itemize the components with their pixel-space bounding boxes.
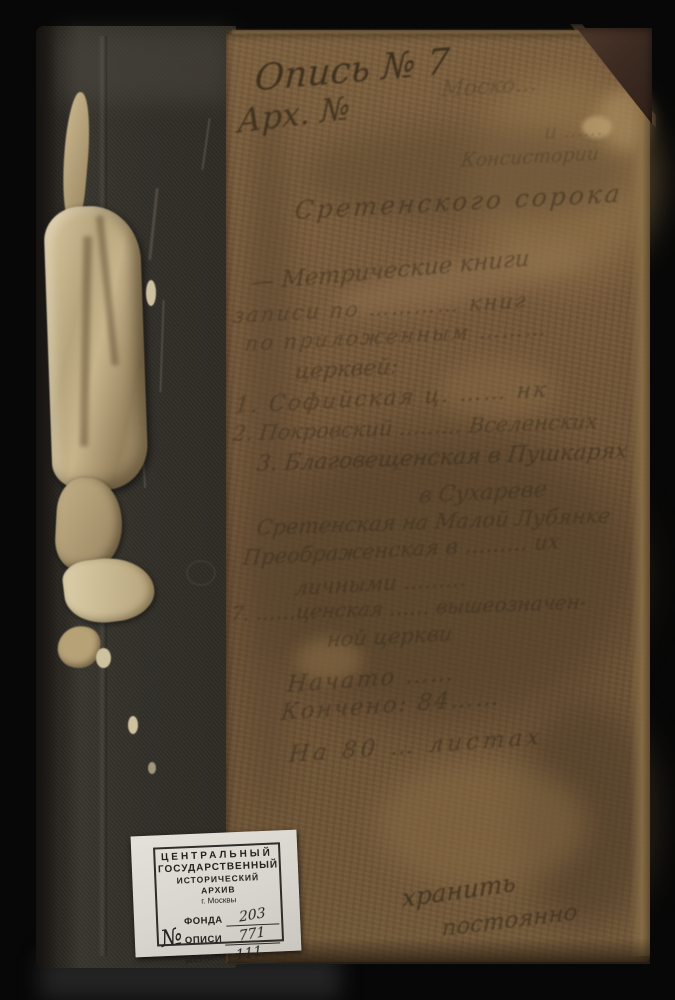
torn-paper-large — [43, 204, 149, 491]
label-fields: № ФОНДА 203 ОПИСИ 771 ДЕЛА 111 — [160, 905, 281, 967]
label-fond-value: 203 — [239, 907, 266, 924]
archive-label-frame: ЦЕНТРАЛЬНЫЙ ГОСУДАРСТВЕННЫЙ ИСТОРИЧЕСКИЙ… — [153, 842, 284, 946]
paper-fleck — [146, 280, 156, 306]
label-delo-caption: ДЕЛА — [186, 953, 215, 966]
paper-fleck — [148, 762, 156, 774]
paper-fleck — [96, 648, 111, 668]
label-opis-value: 771 — [239, 926, 266, 943]
cover-right-edge — [630, 34, 650, 956]
paper-fold-shadow — [96, 216, 119, 366]
label-number-sign: № — [159, 925, 187, 952]
spine-left-edge — [36, 26, 58, 968]
paper-fleck — [128, 716, 138, 734]
cover-stain — [376, 760, 586, 890]
spine-highlight — [60, 32, 230, 102]
archive-label: ЦЕНТРАЛЬНЫЙ ГОСУДАРСТВЕННЫЙ ИСТОРИЧЕСКИЙ… — [131, 830, 302, 958]
label-row-delo: ДЕЛА 111 — [185, 943, 281, 966]
label-delo-value: 111 — [235, 945, 262, 962]
handwriting-line: и …… — [543, 116, 604, 144]
photo-frame: Опись № 7 Арх. № Моско… и …… Консистории… — [0, 0, 675, 1000]
paper-fold-shadow — [80, 236, 92, 446]
spine-scribble — [186, 560, 216, 586]
